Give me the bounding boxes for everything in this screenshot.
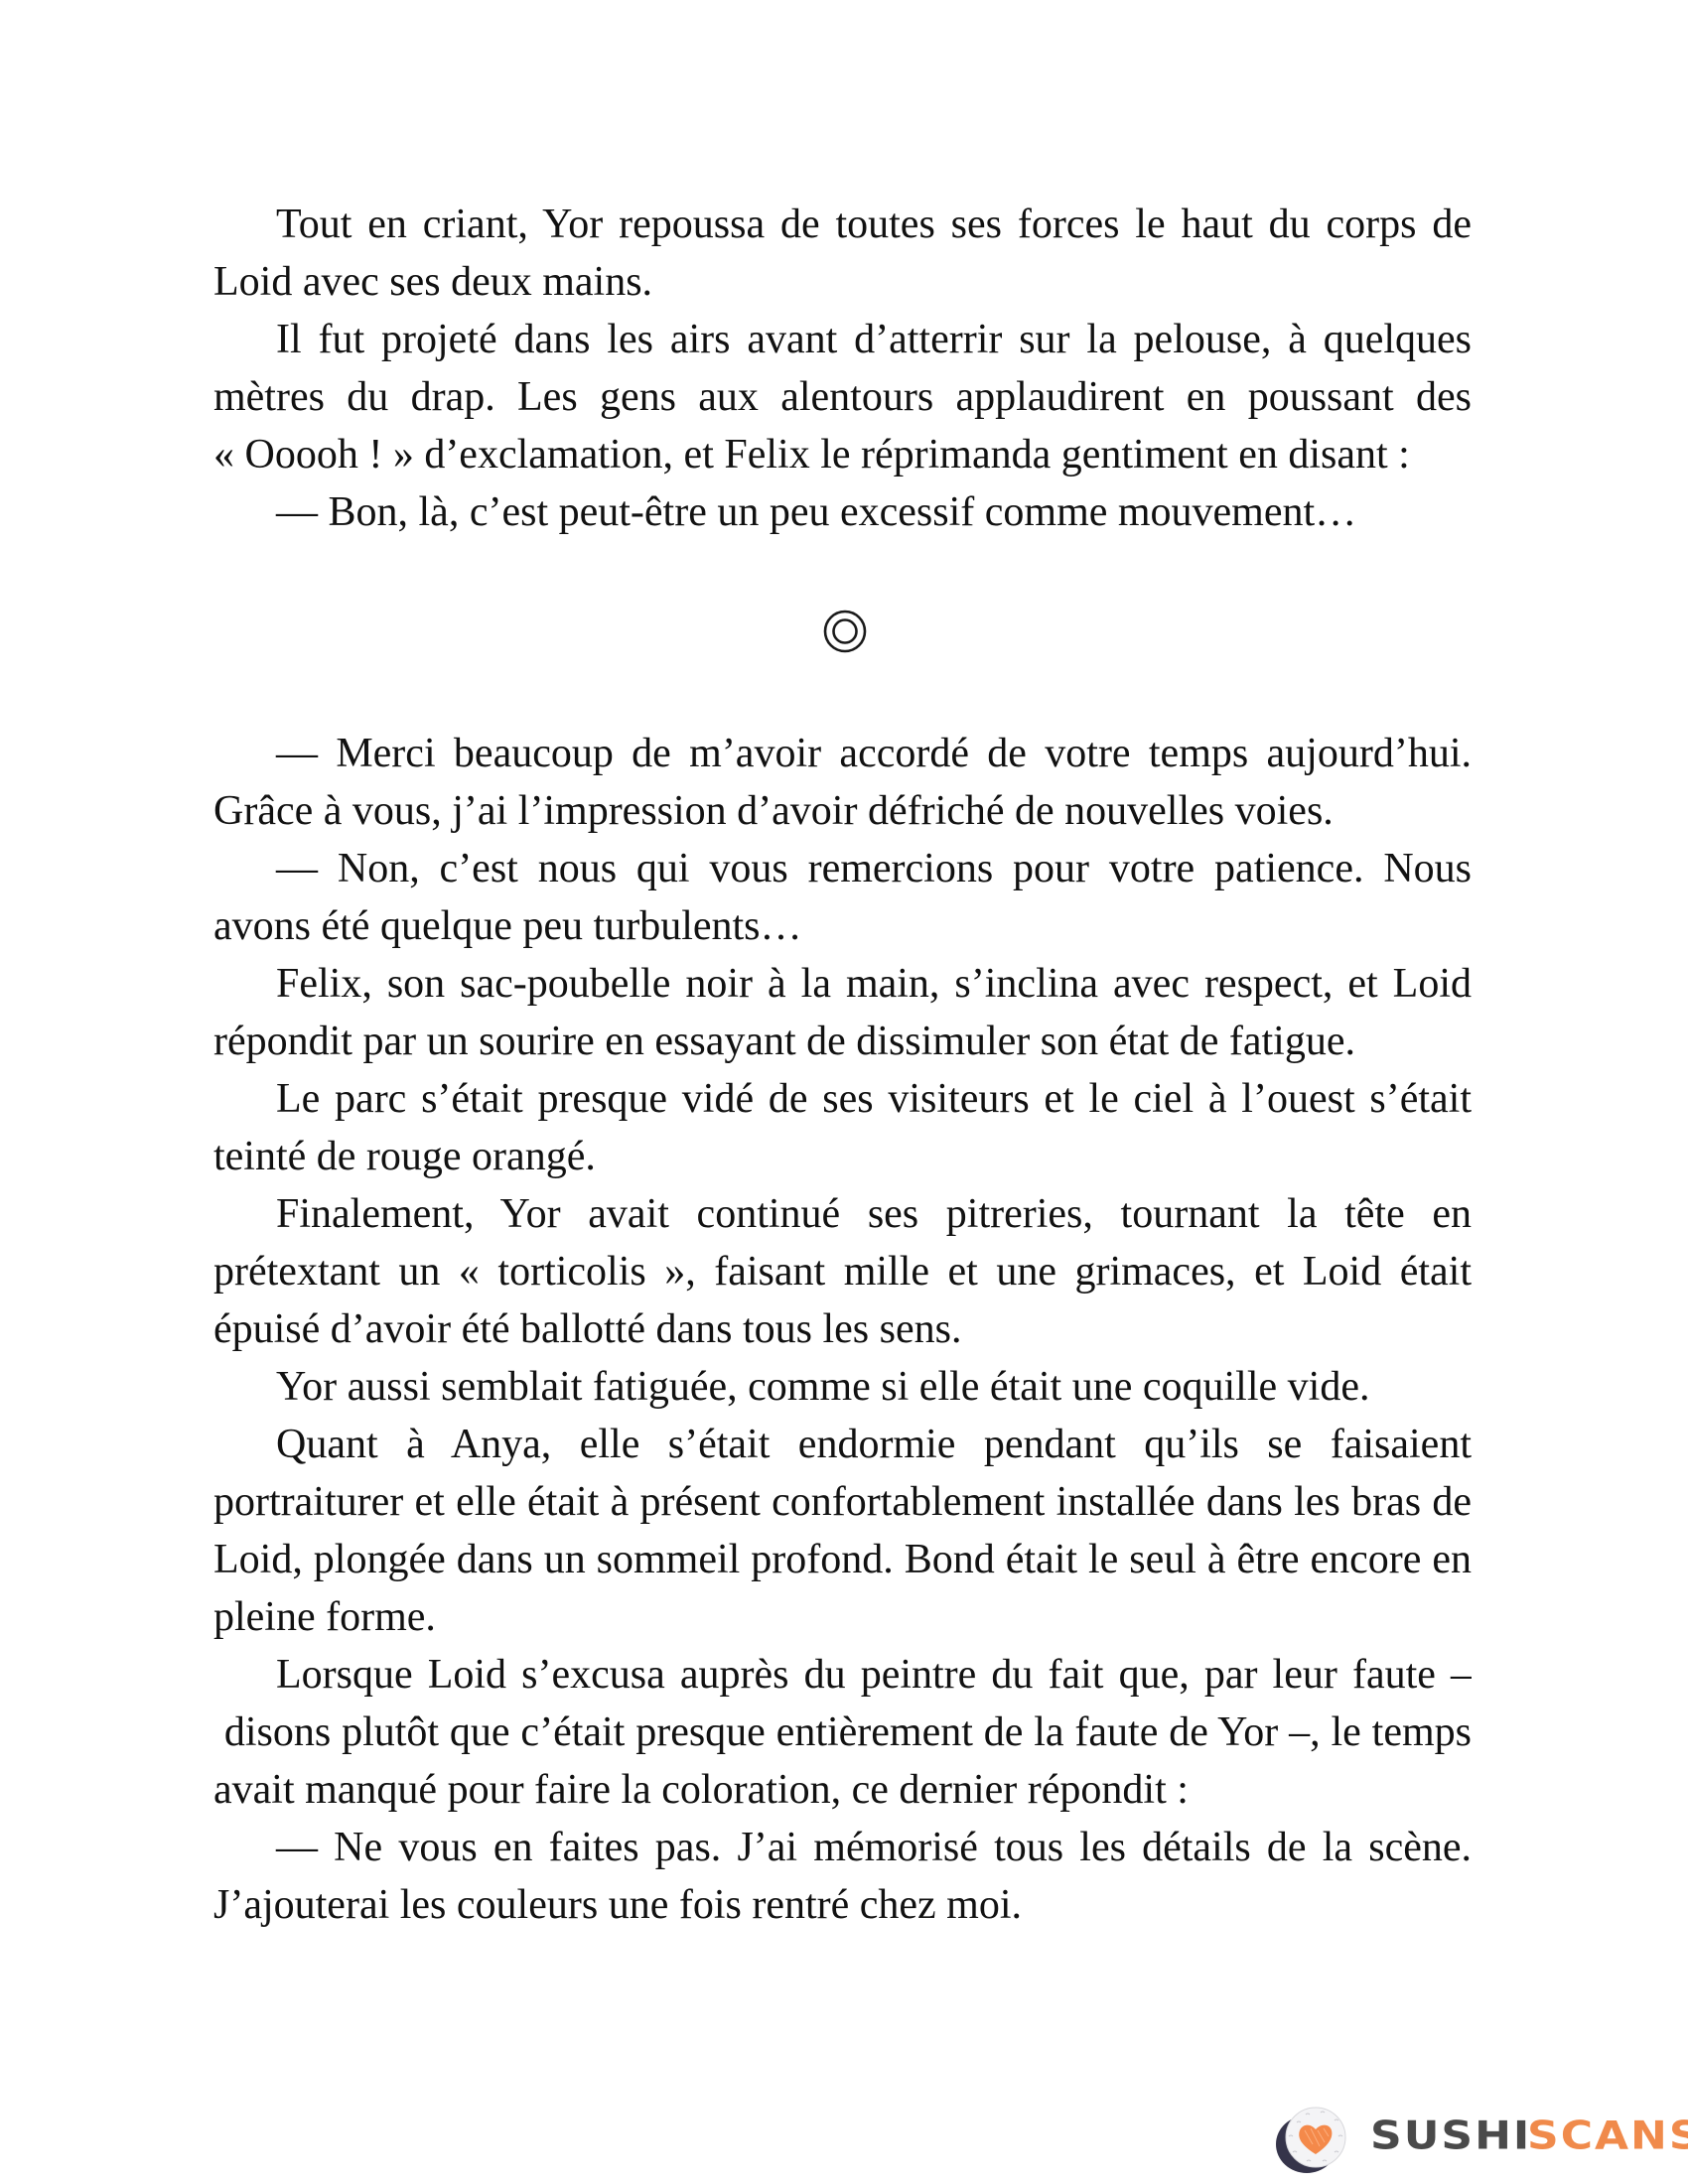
text-line: Grâce à vous, j’ai l’impression d’avoir … (213, 782, 1472, 840)
text-line: avons été quelque peu turbulents… (213, 897, 1472, 955)
text-line: épuisé d’avoir été ballotté dans tous le… (213, 1300, 1472, 1358)
text-line: Yor aussi semblait fatiguée, comme si el… (213, 1358, 1472, 1416)
text-line: Lorsque Loid s’excusa auprès du peintre … (213, 1646, 1472, 1704)
text-line: Il fut projeté dans les airs avant d’att… (213, 311, 1472, 368)
text-line: prétextant un « torticolis », faisant mi… (213, 1243, 1472, 1300)
text-section-2: — Merci beaucoup de m’avoir accordé de v… (213, 725, 1472, 1934)
text-line: pleine forme. (213, 1588, 1472, 1646)
text-line: — Bon, là, c’est peut-être un peu excess… (213, 483, 1472, 541)
text-line: avait manqué pour faire la coloration, c… (213, 1761, 1472, 1819)
text-line: Tout en criant, Yor repoussa de toutes s… (213, 196, 1472, 253)
text-section-1: Tout en criant, Yor repoussa de toutes s… (213, 196, 1472, 541)
text-line: — Merci beaucoup de m’avoir accordé de v… (213, 725, 1472, 782)
watermark-word-sushi: SUSHI (1370, 2118, 1531, 2154)
text-line: répondit par un sourire en essayant de d… (213, 1013, 1472, 1070)
book-page: Tout en criant, Yor repoussa de toutes s… (0, 0, 1688, 2184)
text-line: Loid avec ses deux mains. (213, 253, 1472, 311)
text-line: mètres du drap. Les gens aux alentours a… (213, 368, 1472, 426)
text-line: Le parc s’était presque vidé de ses visi… (213, 1070, 1472, 1128)
text-line: J’ajouterai les couleurs une fois rentré… (213, 1876, 1472, 1934)
sushi-roll-icon (1273, 2105, 1350, 2176)
double-circle-ornament-icon (823, 610, 867, 653)
watermark-word-scans: SCANS (1527, 2118, 1688, 2154)
text-line: portraiturer et elle était à présent con… (213, 1473, 1472, 1531)
text-line: teinté de rouge orangé. (213, 1128, 1472, 1185)
text-line: — Non, c’est nous qui vous remercions po… (213, 840, 1472, 897)
text-line: Finalement, Yor avait continué ses pitre… (213, 1185, 1472, 1243)
text-line: Quant à Anya, elle s’était endormie pend… (213, 1416, 1472, 1473)
sushi-scans-watermark: SUSHI SCANS (1271, 2103, 1688, 2178)
text-line: disons plutôt que c’était presque entièr… (213, 1704, 1472, 1761)
text-line: « Ooooh ! » d’exclamation, et Felix le r… (213, 426, 1472, 483)
text-line: — Ne vous en faites pas. J’ai mémorisé t… (213, 1819, 1472, 1876)
text-line: Loid, plongée dans un sommeil profond. B… (213, 1531, 1472, 1588)
text-line: Felix, son sac-poubelle noir à la main, … (213, 955, 1472, 1013)
